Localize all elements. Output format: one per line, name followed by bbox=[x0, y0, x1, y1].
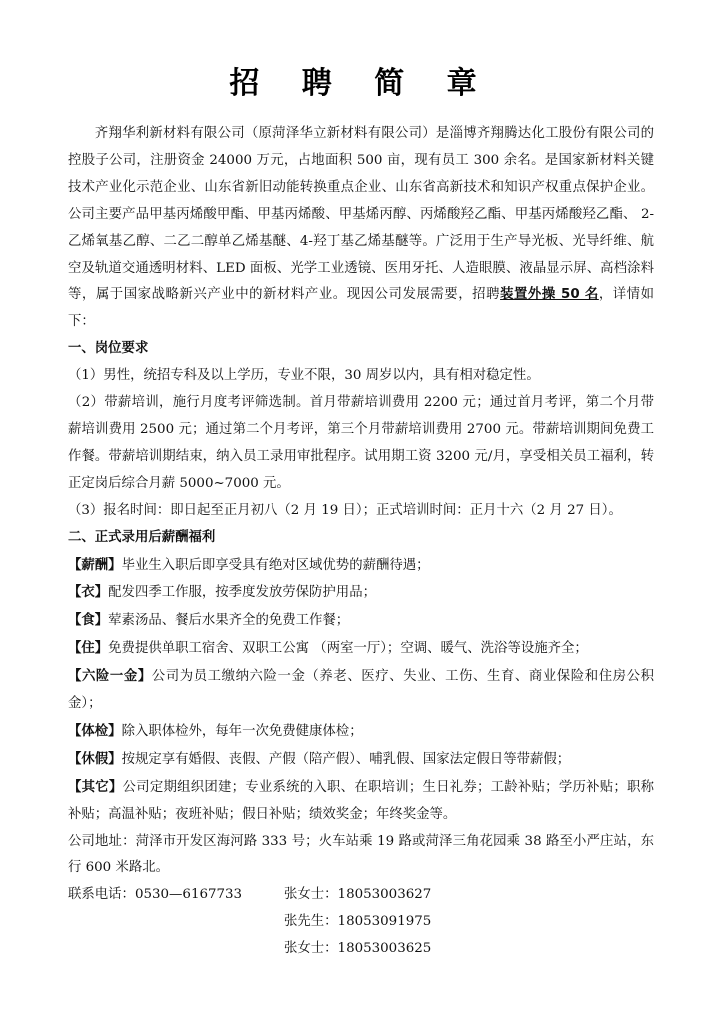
benefit-tag: 【体检】 bbox=[68, 723, 122, 739]
benefit-text: 免费提供单职工宿舍、双职工公寓 （两室一厅）；空调、暖气、洗浴等设施齐全； bbox=[108, 641, 588, 656]
benefit-item: 【休假】按规定享有婚假、丧假、产假（陪产假）、哺乳假、国家法定假日等带薪假； bbox=[68, 746, 654, 774]
recruitment-highlight: 装置外操 50 名 bbox=[500, 287, 599, 302]
benefit-tag: 【薪酬】 bbox=[68, 557, 122, 573]
requirement-item: （2）带薪培训，施行月度考评筛选制。首月带薪培训费用 2200 元；通过首月考评… bbox=[68, 390, 654, 498]
benefit-item: 【食】荤素汤品、餐后水果齐全的免费工作餐； bbox=[68, 607, 654, 635]
benefit-tag: 【六险一金】 bbox=[68, 668, 152, 684]
benefit-text: 毕业生入职后即享受具有绝对区域优势的薪酬待遇； bbox=[122, 558, 430, 573]
benefit-text: 除入职体检外，每年一次免费健康体检； bbox=[122, 724, 363, 739]
benefit-text: 按规定享有婚假、丧假、产假（陪产假）、哺乳假、国家法定假日等带薪假； bbox=[122, 752, 571, 767]
benefit-item: 【体检】除入职体检外，每年一次免费健康体检； bbox=[68, 718, 654, 746]
requirement-item: （1）男性，统招专科及以上学历，专业不限，30 周岁以内，具有相对稳定性。 bbox=[68, 363, 654, 390]
section-heading-benefits: 二、正式录用后薪酬福利 bbox=[68, 525, 654, 552]
benefit-item: 【其它】公司定期组织团建；专业系统的入职、在职培训；生日礼券；工龄补贴；学历补贴… bbox=[68, 774, 654, 829]
contact-person: 张先生：18053091975 bbox=[284, 909, 654, 936]
benefit-tag: 【休假】 bbox=[68, 751, 122, 767]
benefit-item: 【衣】配发四季工作服，按季度发放劳保防护用品； bbox=[68, 579, 654, 607]
benefit-text: 配发四季工作服，按季度发放劳保防护用品； bbox=[108, 585, 376, 600]
company-address: 公司地址：菏泽市开发区海河路 333 号；火车站乘 19 路或菏泽三角花园乘 3… bbox=[68, 829, 654, 883]
document-title: 招 聘 简 章 bbox=[68, 58, 654, 102]
contact-phone: 联系电话：0530—6167733 bbox=[68, 882, 284, 909]
benefit-text: 荤素汤品、餐后水果齐全的免费工作餐； bbox=[108, 613, 349, 628]
benefit-tag: 【衣】 bbox=[68, 584, 108, 600]
benefit-item: 【薪酬】毕业生入职后即享受具有绝对区域优势的薪酬待遇； bbox=[68, 552, 654, 580]
intro-text: 齐翔华利新材料有限公司（原菏泽华立新材料有限公司）是淄博齐翔腾达化工股份有限公司… bbox=[68, 126, 654, 302]
benefit-text: 公司定期组织团建；专业系统的入职、在职培训；生日礼券；工龄补贴；学历补贴；职称补… bbox=[68, 780, 654, 822]
intro-paragraph: 齐翔华利新材料有限公司（原菏泽华立新材料有限公司）是淄博齐翔腾达化工股份有限公司… bbox=[68, 121, 654, 336]
benefit-tag: 【食】 bbox=[68, 612, 108, 628]
benefit-tag: 【其它】 bbox=[68, 779, 123, 795]
contact-person: 张女士：18053003625 bbox=[284, 936, 654, 963]
requirement-item: （3）报名时间：即日起至正月初八（2 月 19 日）；正式培训时间：正月十六（2… bbox=[68, 498, 654, 525]
document-body: 齐翔华利新材料有限公司（原菏泽华立新材料有限公司）是淄博齐翔腾达化工股份有限公司… bbox=[68, 121, 654, 963]
benefit-item: 【住】免费提供单职工宿舍、双职工公寓 （两室一厅）；空调、暖气、洗浴等设施齐全； bbox=[68, 635, 654, 663]
benefit-tag: 【住】 bbox=[68, 640, 108, 656]
benefit-text: 公司为员工缴纳六险一金（养老、医疗、失业、工伤、生育、商业保险和住房公积金）； bbox=[68, 669, 654, 711]
section-heading-requirements: 一、岗位要求 bbox=[68, 336, 654, 363]
contact-person: 张女士：18053003627 bbox=[284, 882, 654, 909]
contact-block: 联系电话：0530—6167733 张女士：18053003627 张先生：18… bbox=[68, 882, 654, 963]
benefit-item: 【六险一金】公司为员工缴纳六险一金（养老、医疗、失业、工伤、生育、商业保险和住房… bbox=[68, 663, 654, 718]
